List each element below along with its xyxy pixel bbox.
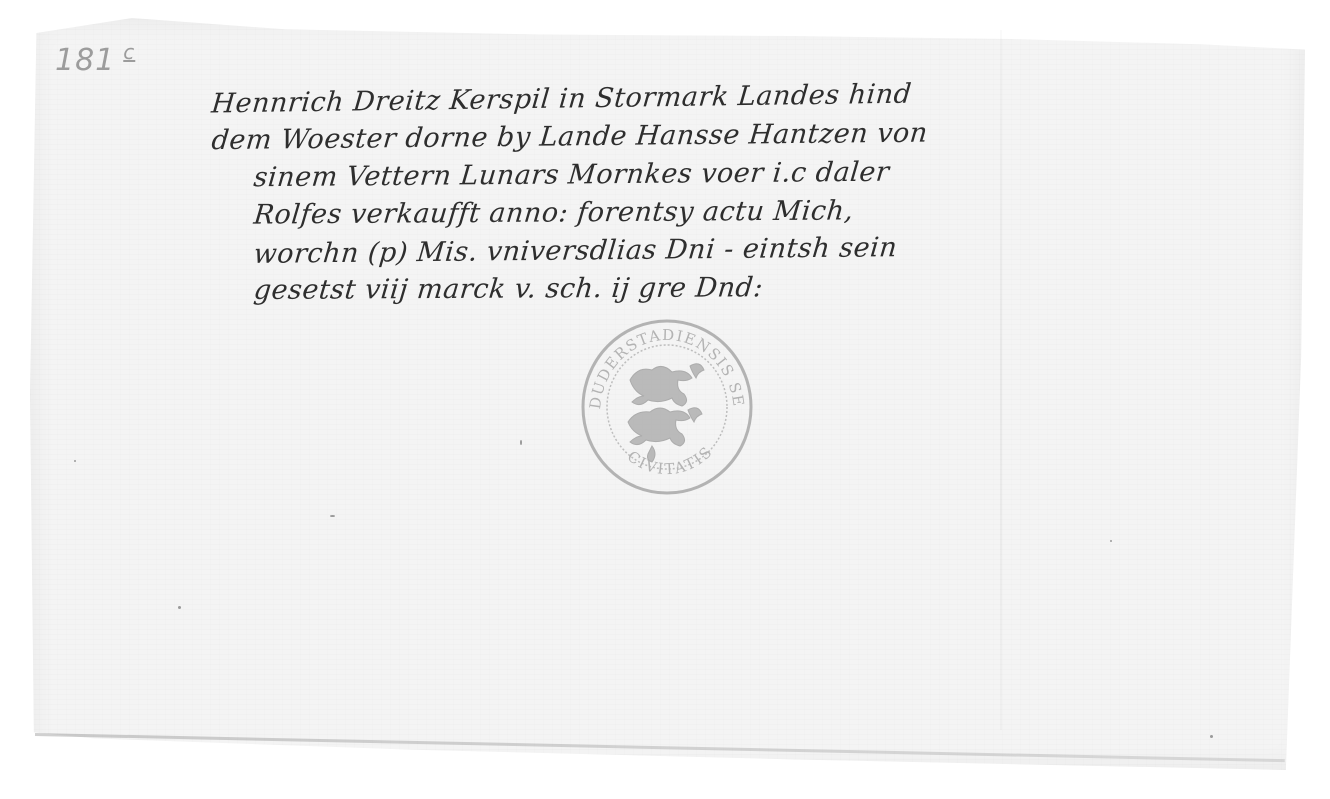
scanned-document: 181c Hennrich Dreitz Kerspil in Stormark… (0, 0, 1330, 799)
folio-number-value: 181 (55, 43, 115, 78)
svg-text:CIVITATIS: CIVITATIS (624, 442, 717, 478)
paper-speck (74, 460, 76, 462)
stamp-seal-icon: DUDERSTADIENSIS SECRETUM CIVITATIS (578, 318, 756, 496)
stamp-inscription-bottom: CIVITATIS (624, 442, 717, 478)
manuscript-line: worchn (p) Mis. vniversdlias Dni - eints… (252, 228, 994, 274)
paper-speck (178, 606, 181, 609)
paper-speck (1210, 735, 1213, 738)
paper-speck (330, 515, 335, 517)
folio-number: 181c (55, 40, 135, 78)
manuscript-line: gesetst viij marck v. sch. ij gre Dnd: (252, 268, 994, 310)
library-stamp: DUDERSTADIENSIS SECRETUM CIVITATIS (578, 318, 756, 496)
paper-speck (1110, 540, 1112, 542)
paper-fold-line (1000, 30, 1002, 730)
manuscript-line: sinem Vettern Lunars Mornkes voer i.c da… (252, 153, 994, 197)
manuscript-line: Rolfes verkaufft anno: forentsy actu Mic… (252, 191, 994, 234)
two-lions-rampant-icon (628, 364, 704, 462)
paper-speck (520, 440, 522, 445)
manuscript-text-block: Hennrich Dreitz Kerspil in Stormark Land… (212, 80, 992, 308)
folio-superscript: c (123, 40, 135, 64)
